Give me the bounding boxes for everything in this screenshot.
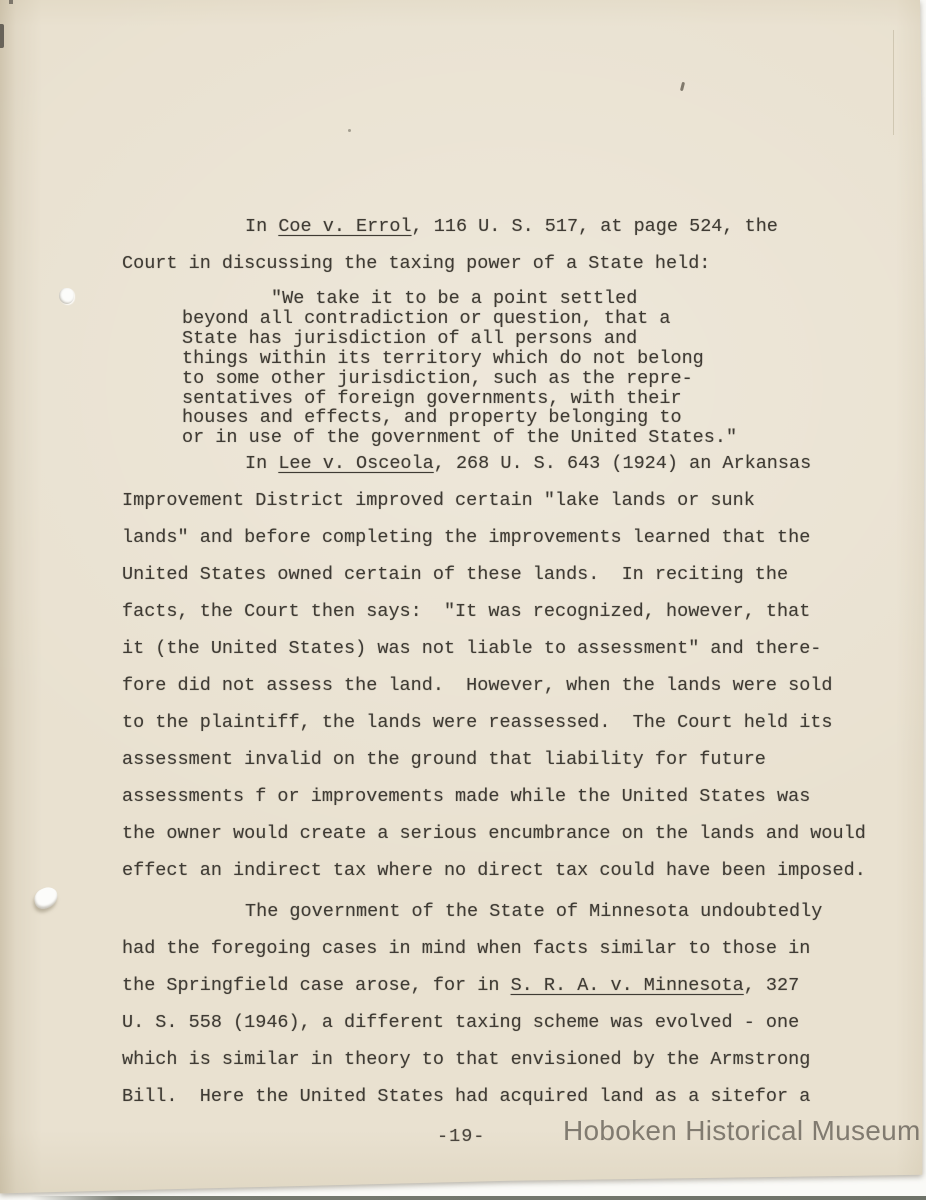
typed-line: In Coe v. Errol, 116 U. S. 517, at page … [122, 208, 778, 245]
scanner-edge-strip [30, 1196, 926, 1200]
typed-text-segment: State has jurisdiction of all persons an… [182, 328, 637, 349]
typed-line: the owner would create a serious encumbr… [122, 815, 866, 852]
paper-crease [893, 30, 894, 135]
typed-text-segment: , 268 U. S. 643 (1924) an Arkansas [434, 453, 811, 474]
case-citation: Lee v. Osceola [278, 453, 433, 474]
typed-line: it (the United States) was not liable to… [122, 630, 866, 667]
typed-line: Bill. Here the United States had acquire… [122, 1078, 822, 1115]
typed-line: assessment invalid on the ground that li… [122, 741, 866, 778]
typed-text-segment: effect an indirect tax where no direct t… [122, 860, 866, 881]
typed-text-segment: sentatives of foreign governments, with … [182, 388, 682, 409]
typed-line: lands" and before completing the improve… [122, 519, 866, 556]
typed-text-segment: the owner would create a serious encumbr… [122, 823, 866, 844]
typed-text-segment: assessment invalid on the ground that li… [122, 749, 766, 770]
typed-line: to the plaintiff, the lands were reasses… [122, 704, 866, 741]
typed-text-segment: Court in discussing the taxing power of … [122, 253, 710, 274]
typed-line: "We take it to be a point settled [182, 289, 737, 309]
typed-text-segment: The government of the State of Minnesota… [245, 901, 822, 922]
typed-line: effect an indirect tax where no direct t… [122, 852, 866, 889]
typed-line: sentatives of foreign governments, with … [182, 389, 737, 409]
typed-line: which is similar in theory to that envis… [122, 1041, 822, 1078]
case-citation: Coe v. Errol [278, 216, 411, 237]
typed-line: The government of the State of Minnesota… [122, 893, 822, 930]
typed-line: fore did not assess the land. However, w… [122, 667, 866, 704]
typed-text-segment: things within its territory which do not… [182, 348, 704, 369]
typed-text-segment: which is similar in theory to that envis… [122, 1049, 810, 1070]
typed-line: houses and effects, and property belongi… [182, 408, 737, 428]
typed-text-segment: beyond all contradiction or question, th… [182, 308, 670, 329]
typed-line: State has jurisdiction of all persons an… [182, 329, 737, 349]
punch-hole-top [59, 288, 74, 304]
typed-text: In Coe v. Errol, 116 U. S. 517, at page … [0, 0, 926, 1200]
paragraph-coe-v-errol: In Coe v. Errol, 116 U. S. 517, at page … [122, 208, 778, 282]
scanned-paper-sheet: In Coe v. Errol, 116 U. S. 517, at page … [0, 0, 926, 1200]
typed-text-segment: , 116 U. S. 517, at page 524, the [412, 216, 778, 237]
blockquote-coe-holding: "We take it to be a point settledbeyond … [182, 289, 737, 448]
museum-watermark: Hoboken Historical Museum [563, 1115, 921, 1147]
typed-line: In Lee v. Osceola, 268 U. S. 643 (1924) … [122, 445, 866, 482]
typed-text-segment: to the plaintiff, the lands were reasses… [122, 712, 833, 733]
typed-line: the Springfield case arose, for in S. R.… [122, 967, 822, 1004]
typed-line: facts, the Court then says: "It was reco… [122, 593, 866, 630]
typed-text-segment: Improvement District improved certain "l… [122, 490, 755, 511]
page-number: -19- [437, 1126, 485, 1147]
scanned-page-wrapper: In Coe v. Errol, 116 U. S. 517, at page … [0, 0, 926, 1200]
typed-line: beyond all contradiction or question, th… [182, 309, 737, 329]
typed-text-segment: assessments f or improvements made while… [122, 786, 810, 807]
top-edge-mark [9, 0, 13, 4]
case-citation: S. R. A. v. Minnesota [511, 975, 744, 996]
typed-text-segment: In [245, 453, 278, 474]
typed-text-segment: facts, the Court then says: "It was reco… [122, 601, 810, 622]
typed-line: United States owned certain of these lan… [122, 556, 866, 593]
typed-line: to some other jurisdiction, such as the … [182, 369, 737, 389]
typed-line: things within its territory which do not… [182, 349, 737, 369]
typed-line: had the foregoing cases in mind when fac… [122, 930, 822, 967]
left-edge-mark [0, 24, 4, 48]
typed-line: Improvement District improved certain "l… [122, 482, 866, 519]
typed-text-segment: In [245, 216, 278, 237]
typed-text-segment: "We take it to be a point settled [271, 288, 637, 309]
paragraph-lee-v-osceola: In Lee v. Osceola, 268 U. S. 643 (1924) … [122, 445, 866, 889]
typed-text-segment: it (the United States) was not liable to… [122, 638, 821, 659]
typed-text-segment: to some other jurisdiction, such as the … [182, 368, 693, 389]
paragraph-sra-v-minnesota: The government of the State of Minnesota… [122, 893, 822, 1115]
typed-text-segment: , 327 [744, 975, 800, 996]
ink-speck [348, 129, 351, 132]
typed-text-segment: lands" and before completing the improve… [122, 527, 810, 548]
typed-text-segment: United States owned certain of these lan… [122, 564, 788, 585]
typed-text-segment: had the foregoing cases in mind when fac… [122, 938, 810, 959]
typed-text-segment: houses and effects, and property belongi… [182, 407, 682, 428]
typed-line: U. S. 558 (1946), a different taxing sch… [122, 1004, 822, 1041]
typed-text-segment: fore did not assess the land. However, w… [122, 675, 833, 696]
typed-text-segment: Bill. Here the United States had acquire… [122, 1086, 810, 1107]
typed-text-segment: the Springfield case arose, for in [122, 975, 511, 996]
typed-line: assessments f or improvements made while… [122, 778, 866, 815]
typed-line: Court in discussing the taxing power of … [122, 245, 778, 282]
typed-text-segment: U. S. 558 (1946), a different taxing sch… [122, 1012, 799, 1033]
